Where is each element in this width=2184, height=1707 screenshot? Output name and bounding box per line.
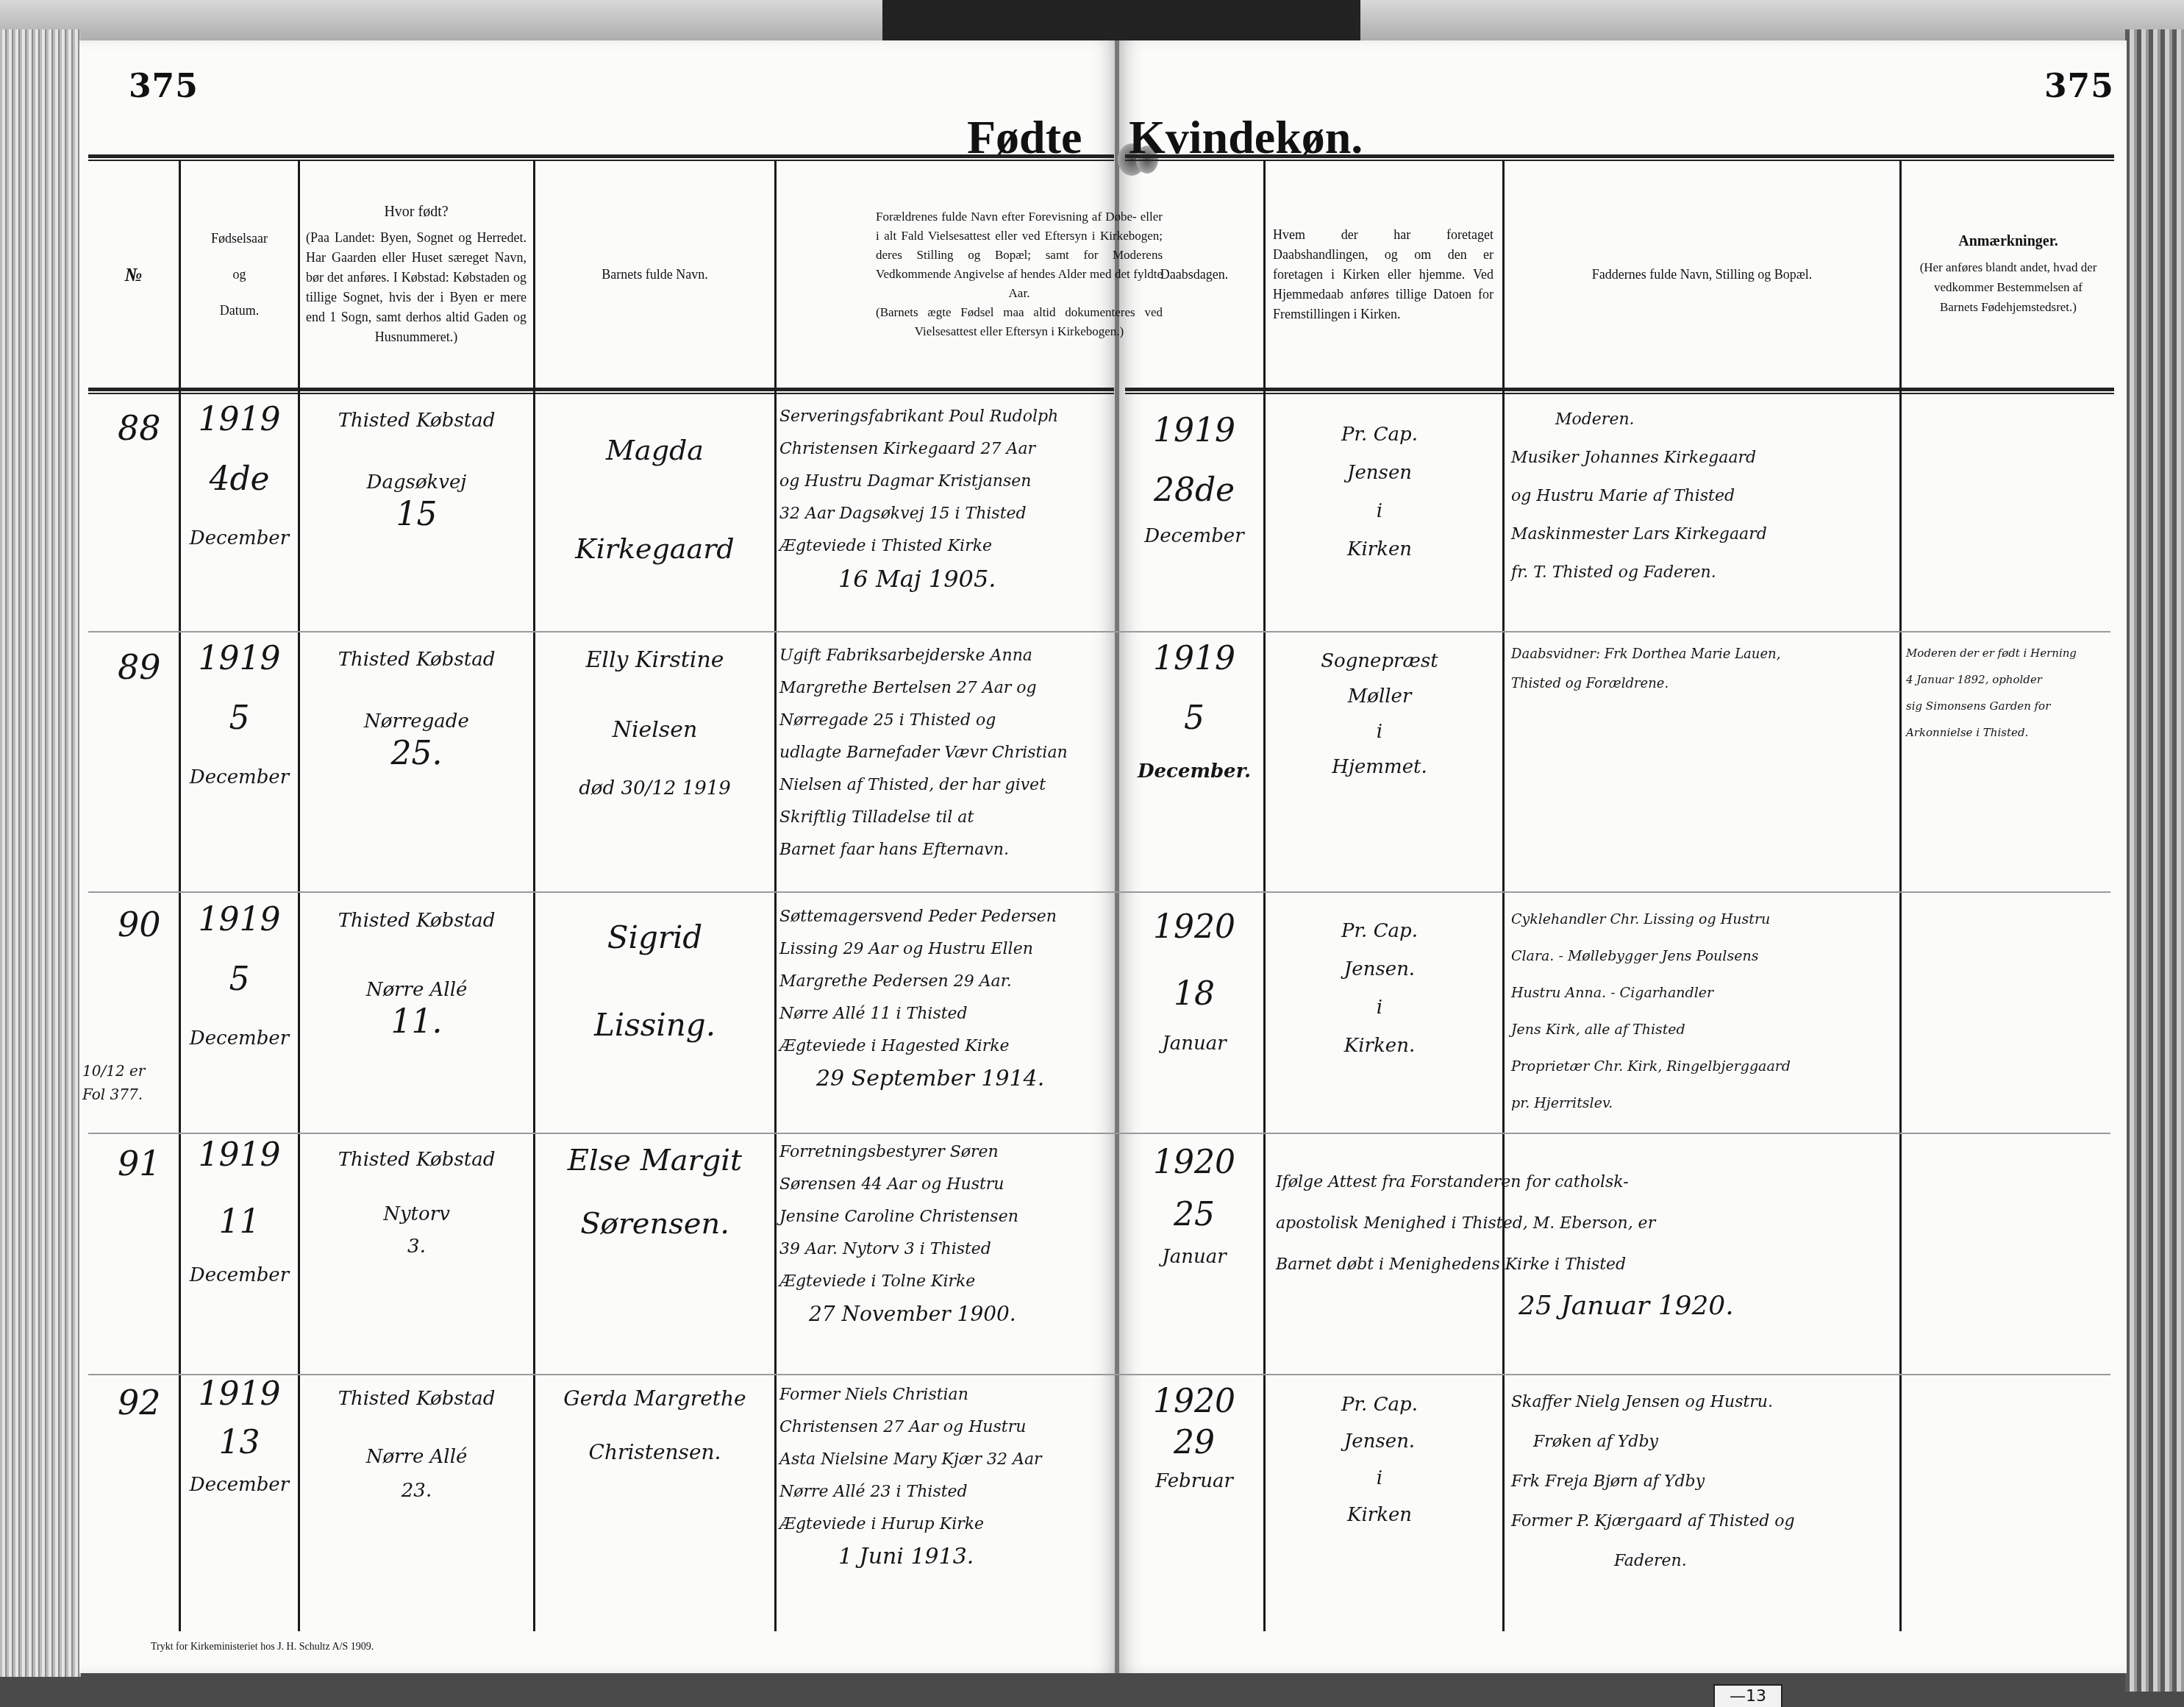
birthplace-town: Thisted Købstad bbox=[300, 647, 533, 672]
baptizer: Sognepræst Møller i Hjemmet. bbox=[1266, 644, 1494, 785]
parents: Forretningsbestyrer Søren Sørensen 44 Aa… bbox=[779, 1136, 1118, 1330]
baptism-year: 1920 bbox=[1125, 908, 1263, 946]
parents-line: Ægteviede i Thisted Kirke bbox=[779, 530, 1118, 563]
sponsor-line: Hustru Anna. - Cigarhandler bbox=[1511, 974, 1897, 1011]
parents-line: Christensen Kirkegaard 27 Aar bbox=[779, 433, 1118, 466]
parents-line: 39 Aar. Nytorv 3 i Thisted bbox=[779, 1233, 1118, 1266]
baptism-date: 1920 25 Januar bbox=[1125, 1144, 1263, 1269]
parents-line: 32 Aar Dagsøkvej 15 i Thisted bbox=[779, 498, 1118, 530]
parents-line: Nørre Allé 11 i Thisted bbox=[779, 998, 1118, 1030]
parents-line: Former Niels Christian bbox=[779, 1379, 1118, 1411]
sponsor-line: fr. T. Thisted og Faderen. bbox=[1511, 554, 1897, 592]
birthplace-town: Thisted Købstad bbox=[300, 408, 533, 433]
birthplace-number: 15 bbox=[300, 502, 533, 527]
baptism-month: December bbox=[1125, 524, 1263, 549]
baptizer-line: Jensen. bbox=[1266, 950, 1494, 988]
header-bottom-rule bbox=[1125, 388, 2114, 394]
header-note: (Barnets ægte Fødsel maa altid dokumente… bbox=[876, 303, 1163, 341]
margin-note-line: Fol 377. bbox=[82, 1083, 178, 1106]
baptizer-line: Pr. Cap. bbox=[1266, 416, 1494, 454]
parents: Serveringsfabrikant Poul Rudolph Christe… bbox=[779, 401, 1118, 595]
column-header-baptizer: Hvem der har foretaget Daabshandlingen, … bbox=[1266, 160, 1501, 388]
margin-note-line: 10/12 er bbox=[82, 1059, 178, 1083]
birth-date: 1919 5 December bbox=[181, 640, 298, 790]
birthplace: Thisted Købstad Nytorv 3. bbox=[300, 1147, 533, 1259]
child-name: Else Margit Sørensen. bbox=[535, 1144, 774, 1241]
header-text: (Her anføres blandt andet, hvad der vedk… bbox=[1916, 257, 2100, 317]
sponsor-line: pr. Hjerritslev. bbox=[1511, 1085, 1897, 1122]
parents-line: 16 Maj 1905. bbox=[779, 563, 1118, 595]
baptizer-line: Sognepræst bbox=[1266, 644, 1494, 679]
birthplace-number: 11. bbox=[300, 1010, 533, 1035]
parents-line: Serveringsfabrikant Poul Rudolph bbox=[779, 401, 1118, 433]
page-number-right: 375 bbox=[2044, 68, 2114, 105]
header-line: Fødselsaar bbox=[211, 229, 268, 249]
baptizer-line: i bbox=[1266, 1460, 1494, 1497]
birth-date: 1919 5 December bbox=[181, 901, 298, 1051]
baptizer-line: i bbox=[1266, 492, 1494, 530]
parents-line: Søttemagersvend Peder Pedersen bbox=[779, 901, 1118, 933]
birth-month: December bbox=[181, 1263, 298, 1288]
child-name: Sigrid Lissing. bbox=[535, 919, 774, 1043]
baptism-date: 1919 5 December. bbox=[1125, 640, 1263, 784]
birth-day: 5 bbox=[181, 699, 298, 737]
page-tab: —13 bbox=[1713, 1684, 1782, 1707]
baptism-date: 1919 28de December bbox=[1125, 412, 1263, 549]
remark-line: Arkonnielse i Thisted. bbox=[1906, 719, 2119, 746]
baptism-date: 1920 18 Januar bbox=[1125, 908, 1263, 1056]
birthplace-number: 23. bbox=[300, 1478, 533, 1503]
column-header-birthplace: Hvor født? (Paa Landet: Byen, Sognet og … bbox=[300, 160, 532, 388]
child-first-name: Gerda Margrethe bbox=[535, 1386, 774, 1411]
baptism-month: Februar bbox=[1125, 1469, 1263, 1494]
baptism-year: 1920 bbox=[1125, 1383, 1263, 1420]
sponsor-line: Proprietær Chr. Kirk, Ringelbjerggaard bbox=[1511, 1048, 1897, 1085]
parents-line: Nørre Allé 23 i Thisted bbox=[779, 1476, 1118, 1508]
baptizer-line: Møller bbox=[1266, 679, 1494, 714]
row-divider bbox=[88, 1133, 2110, 1134]
header-line: og bbox=[233, 265, 246, 285]
sponsors: Daabsvidner: Frk Dorthea Marie Lauen, Th… bbox=[1511, 640, 1897, 699]
column-header-child-name: Barnets fulde Navn. bbox=[535, 160, 774, 388]
child-first-name: Else Margit bbox=[535, 1144, 774, 1177]
parents-line: Ægteviede i Tolne Kirke bbox=[779, 1266, 1118, 1298]
baptizer-line: Kirken bbox=[1266, 1497, 1494, 1533]
parents-line: Christensen 27 Aar og Hustru bbox=[779, 1411, 1118, 1444]
birth-year: 1919 bbox=[181, 901, 298, 938]
entry-number: 89 bbox=[118, 647, 161, 687]
parents-line: Forretningsbestyrer Søren bbox=[779, 1136, 1118, 1169]
baptism-day: 5 bbox=[1125, 699, 1263, 737]
birth-month: December bbox=[181, 1472, 298, 1497]
birth-month: December bbox=[181, 765, 298, 790]
baptizer-line: apostolisk Menighed i Thisted, M. Eberso… bbox=[1276, 1203, 1886, 1244]
page-number-left: 375 bbox=[129, 68, 199, 105]
row-divider bbox=[88, 891, 2110, 893]
sponsor-line: Skaffer Nielg Jensen og Hustru. bbox=[1511, 1383, 1897, 1422]
child-name: Magda Kirkegaard bbox=[535, 434, 774, 565]
parents-line: Asta Nielsine Mary Kjær 32 Aar bbox=[779, 1444, 1118, 1476]
parents-line: Lissing 29 Aar og Hustru Ellen bbox=[779, 933, 1118, 966]
baptizer: Ifølge Attest fra Forstanderen for catho… bbox=[1276, 1162, 1886, 1327]
header-bottom-rule bbox=[88, 388, 1114, 394]
remarks: Moderen der er født i Herning 4 Januar 1… bbox=[1906, 640, 2119, 746]
baptism-year: 1920 bbox=[1125, 1144, 1263, 1181]
sponsor-line: Clara. - Møllebygger Jens Poulsens bbox=[1511, 938, 1897, 974]
birth-year: 1919 bbox=[181, 640, 298, 677]
birthplace-number: 25. bbox=[300, 741, 533, 766]
birthplace-street: Nytorv bbox=[300, 1202, 533, 1227]
baptism-day: 29 bbox=[1125, 1424, 1263, 1461]
baptizer: Pr. Cap. Jensen i Kirken bbox=[1266, 416, 1494, 569]
birthplace-town: Thisted Købstad bbox=[300, 1386, 533, 1411]
sponsor-line: Jens Kirk, alle af Thisted bbox=[1511, 1011, 1897, 1048]
row-divider bbox=[88, 631, 2110, 632]
baptism-year: 1919 bbox=[1125, 412, 1263, 449]
baptizer-line: Kirken. bbox=[1266, 1027, 1494, 1065]
child-surname: Lissing. bbox=[535, 1007, 774, 1043]
child-first-name: Sigrid bbox=[535, 919, 774, 955]
remark-line: Moderen der er født i Herning bbox=[1906, 640, 2119, 666]
child-first-name: Elly Kirstine bbox=[535, 647, 774, 673]
parents-line: Skriftlig Tilladelse til at bbox=[779, 802, 1118, 834]
baptizer: Pr. Cap. Jensen. i Kirken. bbox=[1266, 912, 1494, 1065]
child-first-name: Magda bbox=[535, 434, 774, 466]
parents-line: Ugift Fabriksarbejderske Anna bbox=[779, 640, 1118, 672]
birth-year: 1919 bbox=[181, 1375, 298, 1413]
sponsor-line: Thisted og Forældrene. bbox=[1511, 669, 1897, 699]
birthplace-number: 3. bbox=[300, 1234, 533, 1259]
baptizer-line: Pr. Cap. bbox=[1266, 1386, 1494, 1423]
header-title: Hvor født? bbox=[384, 202, 448, 222]
birth-month: December bbox=[181, 1026, 298, 1051]
entry-number: 90 bbox=[118, 905, 161, 944]
parents-line: Nielsen af Thisted, der har givet bbox=[779, 769, 1118, 802]
parents-line: Ægteviede i Hurup Kirke bbox=[779, 1508, 1118, 1541]
birthplace-street: Nørre Allé bbox=[300, 1444, 533, 1469]
sponsors: Skaffer Nielg Jensen og Hustru. Frøken a… bbox=[1511, 1383, 1897, 1581]
sponsor-line: Daabsvidner: Frk Dorthea Marie Lauen, bbox=[1511, 640, 1897, 669]
baptizer-line: i bbox=[1266, 988, 1494, 1027]
baptism-year: 1919 bbox=[1125, 640, 1263, 677]
baptizer-line: 25 Januar 1920. bbox=[1276, 1286, 1886, 1327]
entry-number: 92 bbox=[118, 1383, 161, 1422]
header-title: Anmærkninger. bbox=[1958, 232, 2058, 252]
parents-line: Ægteviede i Hagested Kirke bbox=[779, 1030, 1118, 1063]
baptizer-line: Barnet døbt i Menighedens Kirke i Thiste… bbox=[1276, 1244, 1886, 1286]
baptism-month: Januar bbox=[1125, 1244, 1263, 1269]
baptizer: Pr. Cap. Jensen. i Kirken bbox=[1266, 1386, 1494, 1533]
sponsor-line: og Hustru Marie af Thisted bbox=[1511, 477, 1897, 516]
baptism-month: December. bbox=[1125, 759, 1263, 784]
parents-line: Margrethe Pedersen 29 Aar. bbox=[779, 966, 1118, 998]
child-name: Gerda Margrethe Christensen. bbox=[535, 1386, 774, 1464]
parents-line: Margrethe Bertelsen 27 Aar og bbox=[779, 672, 1118, 705]
birth-date: 1919 13 December bbox=[181, 1375, 298, 1497]
sponsors: Cyklehandler Chr. Lissing og Hustru Clar… bbox=[1511, 901, 1897, 1122]
birthplace: Thisted Købstad Dagsøkvej 15 bbox=[300, 408, 533, 527]
birthplace: Thisted Købstad Nørre Allé 11. bbox=[300, 908, 533, 1035]
parents-line: udlagte Barnefader Vævr Christian bbox=[779, 737, 1118, 769]
birthplace-town: Thisted Købstad bbox=[300, 1147, 533, 1172]
parents-line: og Hustru Dagmar Kristjansen bbox=[779, 466, 1118, 498]
baptizer-line: Jensen. bbox=[1266, 1423, 1494, 1460]
baptism-date: 1920 29 Februar bbox=[1125, 1383, 1263, 1494]
baptizer-line: Ifølge Attest fra Forstanderen for catho… bbox=[1276, 1162, 1886, 1203]
column-header-sponsors: Faddernes fulde Navn, Stilling og Bopæl. bbox=[1505, 160, 1899, 388]
entry-number: 88 bbox=[118, 408, 161, 448]
margin-note: 10/12 er Fol 377. bbox=[82, 1059, 178, 1106]
sponsor-line: Maskinmester Lars Kirkegaard bbox=[1511, 516, 1897, 554]
child-surname: Nielsen bbox=[535, 717, 774, 743]
parents-line: Nørregade 25 i Thisted og bbox=[779, 705, 1118, 737]
child-surname: Sørensen. bbox=[535, 1207, 774, 1241]
column-header-number: № bbox=[88, 160, 179, 388]
remark-line: sig Simonsens Garden for bbox=[1906, 693, 2119, 719]
baptism-day: 28de bbox=[1125, 471, 1263, 509]
sponsor-line: Frk Freja Bjørn af Ydby bbox=[1511, 1462, 1897, 1502]
birthplace: Thisted Købstad Nørregade 25. bbox=[300, 647, 533, 766]
birth-year: 1919 bbox=[181, 1136, 298, 1174]
sponsor-line: Frøken af Ydby bbox=[1511, 1422, 1897, 1462]
parents-line: Barnet faar hans Efternavn. bbox=[779, 834, 1118, 866]
baptizer-line: Kirken bbox=[1266, 530, 1494, 569]
baptism-month: Januar bbox=[1125, 1031, 1263, 1056]
parents: Former Niels Christian Christensen 27 Aa… bbox=[779, 1379, 1118, 1573]
parents-line: Sørensen 44 Aar og Hustru bbox=[779, 1169, 1118, 1201]
sponsors: Moderen. Musiker Johannes Kirkegaard og … bbox=[1511, 401, 1897, 592]
parents: Ugift Fabriksarbejderske Anna Margrethe … bbox=[779, 640, 1118, 866]
birth-month: December bbox=[181, 526, 298, 551]
birthplace: Thisted Købstad Nørre Allé 23. bbox=[300, 1386, 533, 1503]
entry-number: 91 bbox=[118, 1144, 161, 1183]
baptizer-line: Pr. Cap. bbox=[1266, 912, 1494, 950]
sponsor-line: Former P. Kjærgaard af Thisted og bbox=[1511, 1502, 1897, 1542]
parents-line: 29 September 1914. bbox=[779, 1063, 1118, 1095]
book-page-edges-right bbox=[2125, 29, 2184, 1692]
parents-line: Jensine Caroline Christensen bbox=[779, 1201, 1118, 1233]
child-name: Elly Kirstine Nielsen død 30/12 1919 bbox=[535, 647, 774, 801]
sponsor-line: Faderen. bbox=[1511, 1542, 1897, 1581]
column-header-birth-date: Fødselsaar og Datum. bbox=[181, 160, 298, 388]
birth-day: 13 bbox=[181, 1424, 298, 1461]
parents-line: 27 November 1900. bbox=[779, 1298, 1118, 1330]
child-surname: Christensen. bbox=[535, 1440, 774, 1464]
parents: Søttemagersvend Peder Pedersen Lissing 2… bbox=[779, 901, 1118, 1095]
baptizer-line: Hjemmet. bbox=[1266, 749, 1494, 785]
sponsor-line: Moderen. bbox=[1511, 401, 1897, 439]
child-surname: Kirkegaard bbox=[535, 532, 774, 565]
header-line: Datum. bbox=[220, 301, 260, 321]
birthplace-street: Nørre Allé bbox=[300, 977, 533, 1002]
book-page-edges-left bbox=[0, 29, 81, 1677]
birth-day: 4de bbox=[181, 460, 298, 498]
row-divider bbox=[88, 1374, 2110, 1375]
birth-year: 1919 bbox=[181, 401, 298, 438]
birthplace-town: Thisted Købstad bbox=[300, 908, 533, 933]
sponsor-line: Cyklehandler Chr. Lissing og Hustru bbox=[1511, 901, 1897, 938]
birthplace-street: Dagsøkvej bbox=[300, 470, 533, 495]
child-death-note: død 30/12 1919 bbox=[535, 776, 774, 801]
birth-date: 1919 4de December bbox=[181, 401, 298, 551]
birthplace-street: Nørregade bbox=[300, 709, 533, 734]
birth-day: 5 bbox=[181, 961, 298, 998]
baptizer-line: Jensen bbox=[1266, 454, 1494, 492]
baptism-day: 18 bbox=[1125, 975, 1263, 1013]
header-text: Forældrenes fulde Navn efter Forevisning… bbox=[876, 207, 1163, 303]
column-header-remarks: Anmærkninger. (Her anføres blandt andet,… bbox=[1902, 160, 2115, 388]
printer-imprint: Trykt for Kirkeministeriet hos J. H. Sch… bbox=[151, 1642, 374, 1653]
remark-line: 4 Januar 1892, opholder bbox=[1906, 666, 2119, 693]
parents-line: 1 Juni 1913. bbox=[779, 1541, 1118, 1573]
birth-day: 11 bbox=[181, 1203, 298, 1241]
sponsor-line: Musiker Johannes Kirkegaard bbox=[1511, 439, 1897, 477]
column-header-baptism-date: Daabsdagen. bbox=[1125, 160, 1263, 388]
baptism-day: 25 bbox=[1125, 1196, 1263, 1233]
baptizer-line: i bbox=[1266, 714, 1494, 749]
header-text: (Paa Landet: Byen, Sognet og Herredet. H… bbox=[306, 228, 527, 347]
birth-date: 1919 11 December bbox=[181, 1136, 298, 1288]
